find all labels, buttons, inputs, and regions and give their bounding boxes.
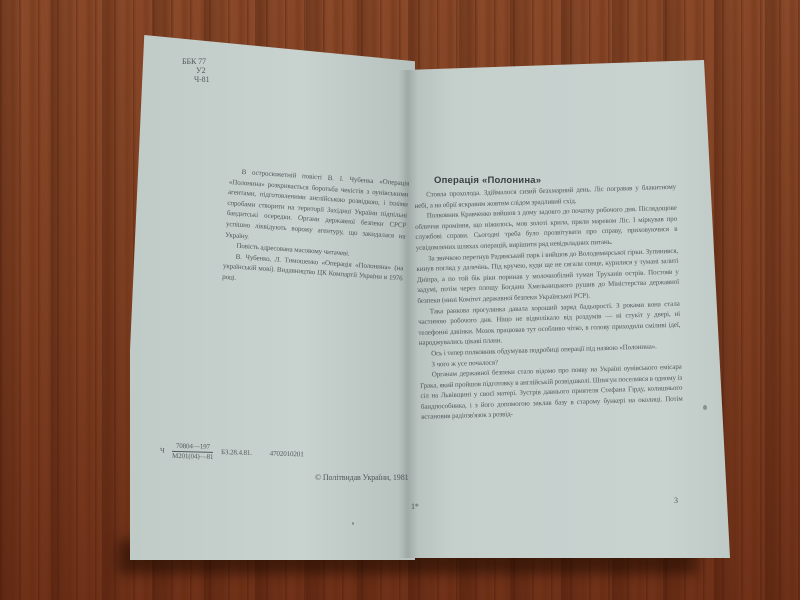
open-book: ББК 77 У2 Ч-81 В остросюжетній повісті В… bbox=[0, 0, 800, 600]
body-paragraph: Органам державної безпеки стало відомо п… bbox=[420, 362, 684, 423]
bbk-line: У2 bbox=[182, 66, 209, 75]
chapter-body: Стояла прохолода. Здіймалося сизий безхм… bbox=[414, 182, 683, 423]
chapter-title: Операція «Полонина» bbox=[434, 176, 541, 187]
fraction-bottom: М201(04)—81 bbox=[172, 452, 214, 462]
left-page-number: 1* bbox=[411, 502, 419, 513]
book-gutter bbox=[398, 70, 418, 558]
imprint-letter: Ч bbox=[160, 447, 165, 455]
book-annotation: В остросюжетній повісті В. І. Чубенка «О… bbox=[222, 166, 410, 295]
imprint-number: 4702010201 bbox=[270, 449, 304, 458]
paper-spot bbox=[352, 522, 354, 525]
bbk-classification: ББК 77 У2 Ч-81 bbox=[182, 57, 209, 84]
paper-spot bbox=[703, 405, 707, 410]
annotation-paragraph: В остросюжетній повісті В. І. Чубенка «О… bbox=[225, 166, 410, 253]
bbk-line: ББК 77 bbox=[182, 57, 209, 66]
bbk-line: Ч-81 bbox=[182, 75, 209, 84]
right-page-number: 3 bbox=[674, 496, 678, 507]
imprint-fraction: 70804—197 М201(04)—81 bbox=[172, 442, 214, 462]
copyright-notice: © Політвидав України, 1981 bbox=[315, 473, 409, 484]
imprint-code: БЗ.28.4.81. bbox=[221, 448, 252, 457]
body-paragraph: За звичкою перетнув Радянський парк і ви… bbox=[416, 245, 680, 306]
